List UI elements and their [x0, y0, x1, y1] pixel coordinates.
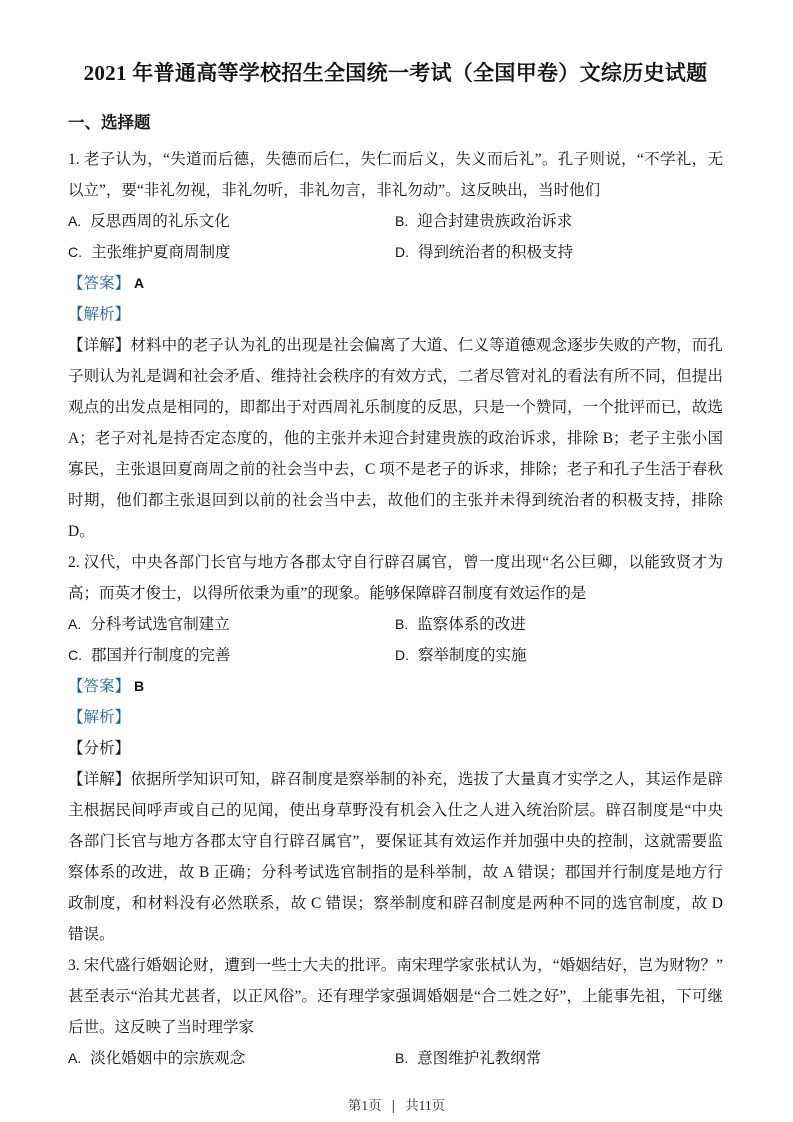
- page-content: 2021 年普通高等学校招生全国统一考试（全国甲卷）文综历史试题 一、选择题 1…: [68, 0, 723, 1074]
- question-2-option-a: A.分科考试选官制建立: [68, 609, 395, 640]
- option-text: 得到统治者的积极支持: [418, 244, 573, 261]
- question-2-stem: 2. 汉代，中央各部门长官与地方各郡太守自行辟召属官，曾一度出现“名公巨卿，以能…: [68, 547, 723, 609]
- option-letter: A.: [68, 1050, 81, 1066]
- page-number-current: 第1页: [348, 1098, 382, 1113]
- option-letter: D.: [395, 244, 409, 260]
- question-3: 3. 宋代盛行婚姻论财，遭到一些士大夫的批评。南宋理学家张栻认为，“婚姻结好，岂…: [68, 950, 723, 1074]
- question-1-detail: 【详解】材料中的老子认为礼的出现是社会偏离了大道、仁义等道德观念逐步失败的产物，…: [68, 330, 723, 547]
- answer-label: 【答案】: [68, 275, 130, 292]
- option-letter: B.: [395, 213, 408, 229]
- question-1-option-b: B.迎合封建贵族政治诉求: [395, 206, 723, 237]
- option-text: 监察体系的改进: [417, 616, 526, 633]
- option-text: 迎合封建贵族政治诉求: [417, 213, 572, 230]
- question-2: 2. 汉代，中央各部门长官与地方各郡太守自行辟召属官，曾一度出现“名公巨卿，以能…: [68, 547, 723, 950]
- option-letter: D.: [395, 647, 409, 663]
- question-1-option-a: A.反思西周的礼乐文化: [68, 206, 395, 237]
- option-text: 反思西周的礼乐文化: [90, 213, 230, 230]
- option-letter: B.: [395, 616, 408, 632]
- option-letter: B.: [395, 1050, 408, 1066]
- question-2-fenxi-line: 【分析】: [68, 733, 723, 764]
- jiexi-label: 【解析】: [68, 306, 130, 323]
- question-1-options: A.反思西周的礼乐文化 B.迎合封建贵族政治诉求 C.主张维护夏商周制度 D.得…: [68, 206, 723, 268]
- document-title: 2021 年普通高等学校招生全国统一考试（全国甲卷）文综历史试题: [68, 58, 723, 88]
- answer-value: A: [134, 275, 144, 291]
- option-text: 主张维护夏商周制度: [91, 244, 231, 261]
- question-2-detail: 【详解】依据所学知识可知，辟召制度是察举制的补充，选拔了大量真才实学之人，其运作…: [68, 764, 723, 950]
- question-2-option-c: C.郡国并行制度的完善: [68, 640, 395, 671]
- question-2-answer-line: 【答案】B: [68, 671, 723, 702]
- page-footer: 第1页|共11页: [0, 1098, 793, 1114]
- option-letter: C.: [68, 647, 82, 663]
- question-1-answer-line: 【答案】A: [68, 268, 723, 299]
- question-1-option-d: D.得到统治者的积极支持: [395, 237, 723, 268]
- question-3-stem: 3. 宋代盛行婚姻论财，遭到一些士大夫的批评。南宋理学家张栻认为，“婚姻结好，岂…: [68, 950, 723, 1043]
- question-2-jiexi-line: 【解析】: [68, 702, 723, 733]
- question-1-jiexi-line: 【解析】: [68, 299, 723, 330]
- question-2-options: A.分科考试选官制建立 B.监察体系的改进 C.郡国并行制度的完善 D.察举制度…: [68, 609, 723, 671]
- option-letter: A.: [68, 213, 81, 229]
- document-page: 2021 年普通高等学校招生全国统一考试（全国甲卷）文综历史试题 一、选择题 1…: [0, 0, 793, 1122]
- question-1: 1. 老子认为，“失道而后德，失德而后仁，失仁而后义，失义而后礼”。孔子则说，“…: [68, 144, 723, 547]
- question-2-option-d: D.察举制度的实施: [395, 640, 723, 671]
- section-heading: 一、选择题: [68, 112, 723, 134]
- question-2-option-b: B.监察体系的改进: [395, 609, 723, 640]
- jiexi-label: 【解析】: [68, 709, 130, 726]
- question-1-option-c: C.主张维护夏商周制度: [68, 237, 395, 268]
- page-number-separator: |: [392, 1098, 396, 1113]
- answer-label: 【答案】: [68, 678, 130, 695]
- question-3-option-a: A.淡化婚姻中的宗族观念: [68, 1043, 395, 1074]
- option-text: 意图维护礼教纲常: [417, 1050, 541, 1067]
- option-text: 分科考试选官制建立: [90, 616, 230, 633]
- option-text: 察举制度的实施: [418, 647, 527, 664]
- option-letter: C.: [68, 244, 82, 260]
- question-1-stem: 1. 老子认为，“失道而后德，失德而后仁，失仁而后义，失义而后礼”。孔子则说，“…: [68, 144, 723, 206]
- option-text: 郡国并行制度的完善: [91, 647, 231, 664]
- question-3-options: A.淡化婚姻中的宗族观念 B.意图维护礼教纲常: [68, 1043, 723, 1074]
- fenxi-label: 【分析】: [68, 740, 130, 757]
- option-text: 淡化婚姻中的宗族观念: [90, 1050, 245, 1067]
- question-3-option-b: B.意图维护礼教纲常: [395, 1043, 723, 1074]
- option-letter: A.: [68, 616, 81, 632]
- answer-value: B: [134, 678, 144, 694]
- page-number-total: 共11页: [405, 1098, 445, 1113]
